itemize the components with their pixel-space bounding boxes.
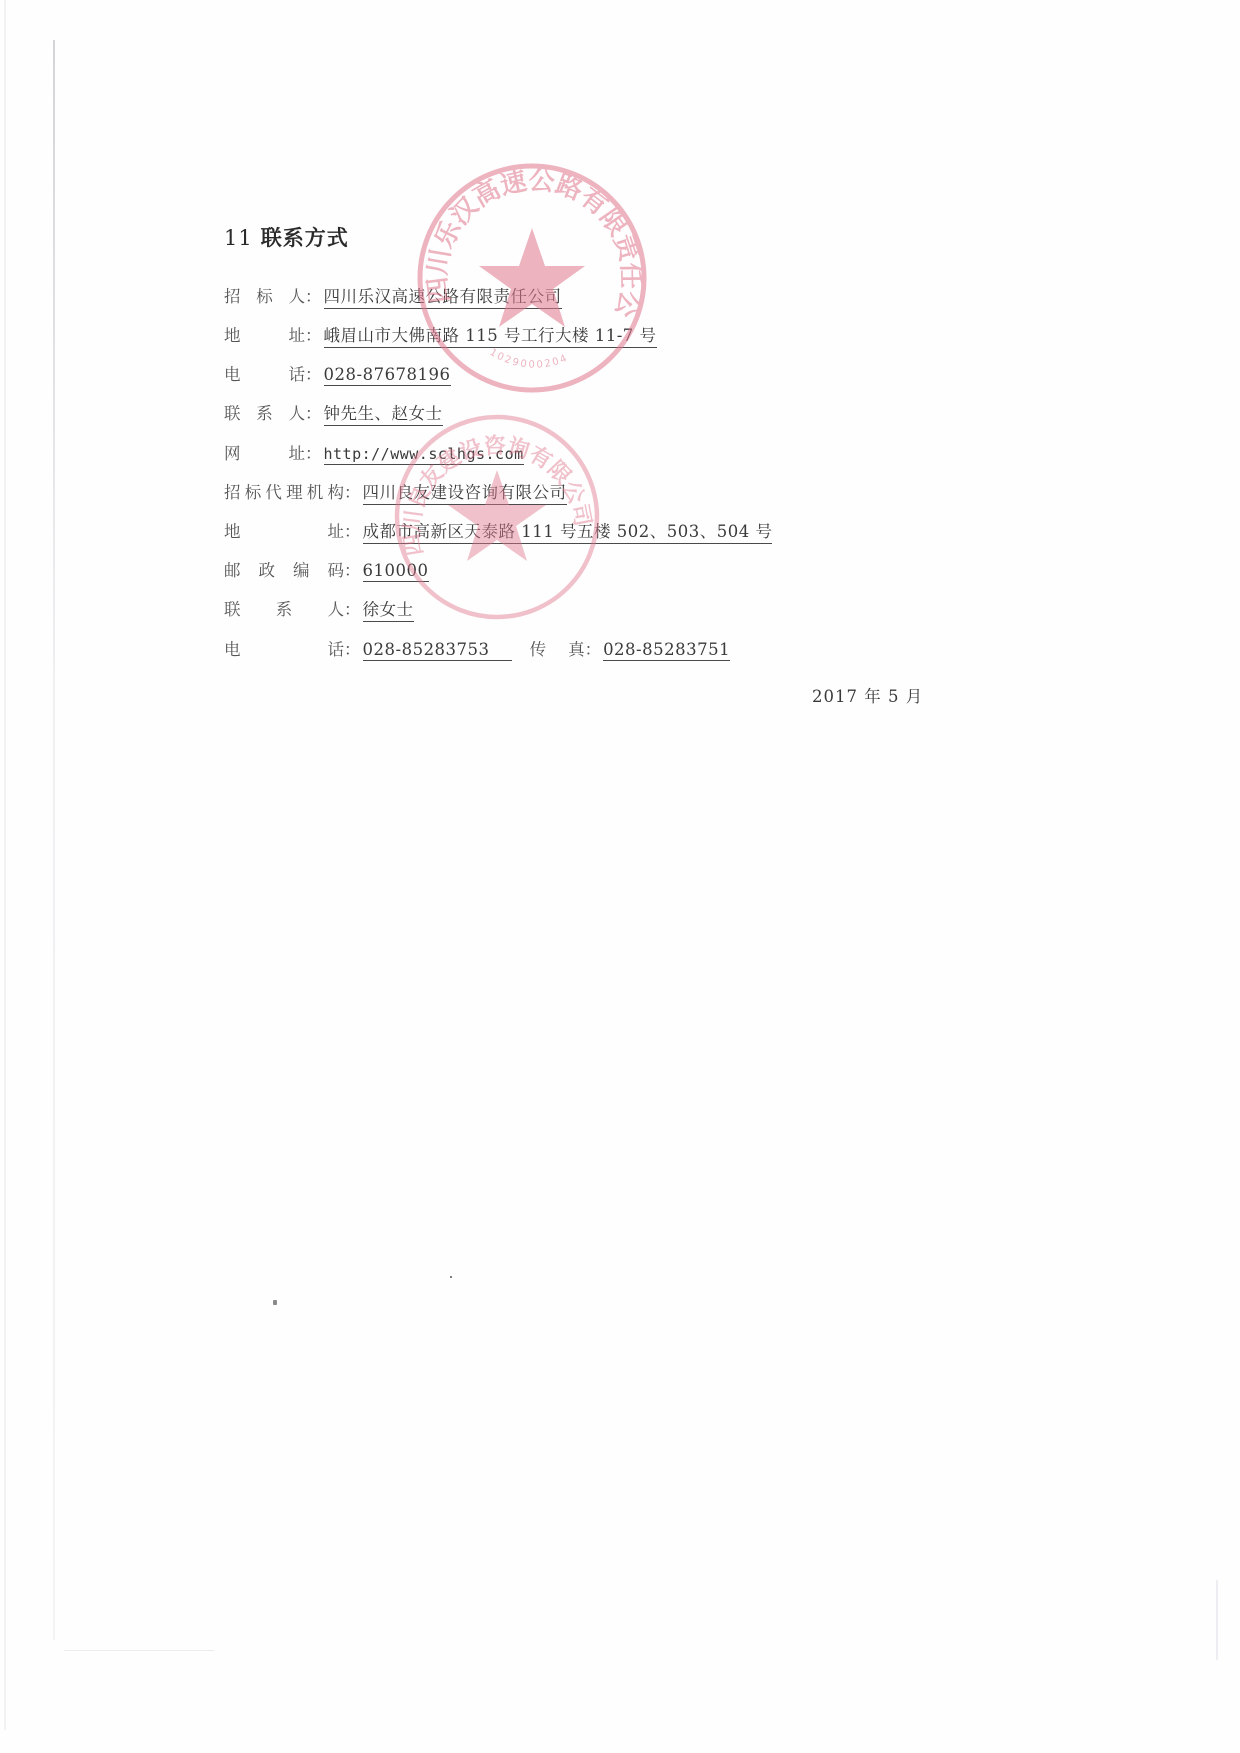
agency-postcode: 610000 xyxy=(363,561,429,582)
field-label: 招 标 代 理 机 构 xyxy=(224,479,344,503)
tenderer-name-row: 招 标 人 ： 四川乐汉高速公路有限责任公司 xyxy=(224,283,562,309)
scan-edge xyxy=(4,0,6,1730)
svg-text:1029000204: 1029000204 xyxy=(488,347,571,371)
tenderer-contact: 钟先生、赵女士 xyxy=(324,400,443,426)
scan-edge xyxy=(53,40,55,1640)
scan-speck xyxy=(273,1300,277,1305)
field-label: 联 系 人 xyxy=(224,400,305,424)
agency-postcode-row: 邮 政 编 码 ： 610000 xyxy=(224,557,429,583)
agency-name: 四川良友建设咨询有限公司 xyxy=(363,479,567,505)
field-label: 地 址 xyxy=(224,518,344,542)
tenderer-address-row: 地 址 ： 峨眉山市大佛南路 115 号工行大楼 11-7 号 xyxy=(224,322,657,348)
document-date: 2017 年 5 月 xyxy=(812,683,923,707)
agency-address-row: 地 址 ： 成都市高新区天泰路 111 号五楼 502、503、504 号 xyxy=(224,518,772,544)
tenderer-website-link[interactable]: http://www.sclhgs.com xyxy=(324,445,524,465)
tenderer-website-row: 网 址 ： http://www.sclhgs.com xyxy=(224,440,524,466)
agency-phone: 028-85283753 xyxy=(363,640,512,661)
tenderer-phone: 028-87678196 xyxy=(324,365,451,386)
document-page: 11联系方式 招 标 人 ： 四川乐汉高速公路有限责任公司 地 址 ： 峨眉山市… xyxy=(0,0,1240,1753)
field-label: 地 址 xyxy=(224,322,305,346)
section-heading: 11联系方式 xyxy=(224,222,349,252)
agency-fax: 028-85283751 xyxy=(603,640,730,661)
scan-speck xyxy=(450,1276,452,1278)
scan-edge xyxy=(1216,1580,1218,1660)
tenderer-contact-row: 联 系 人 ： 钟先生、赵女士 xyxy=(224,400,443,426)
field-label: 联 系 人 xyxy=(224,596,344,620)
tenderer-name: 四川乐汉高速公路有限责任公司 xyxy=(324,283,562,309)
field-label: 网 址 xyxy=(224,440,305,464)
seal-serial: 1029000204 xyxy=(488,347,571,371)
field-label: 招 标 人 xyxy=(224,283,305,307)
field-label: 邮 政 编 码 xyxy=(224,557,344,581)
agency-name-row: 招 标 代 理 机 构 ： 四川良友建设咨询有限公司 xyxy=(224,479,567,505)
section-number: 11 xyxy=(224,226,253,250)
tenderer-address: 峨眉山市大佛南路 115 号工行大楼 11-7 号 xyxy=(324,322,657,348)
field-label: 电 话 xyxy=(224,636,344,660)
fax-label: 传真 xyxy=(530,636,585,660)
tenderer-phone-row: 电 话 ： 028-87678196 xyxy=(224,361,451,387)
agency-contact: 徐女士 xyxy=(363,596,414,622)
agency-contact-row: 联 系 人 ： 徐女士 xyxy=(224,596,414,622)
section-title: 联系方式 xyxy=(261,226,349,250)
field-label: 电 话 xyxy=(224,361,305,385)
agency-phone-row: 电 话 ： 028-85283753 传真： 028-85283751 xyxy=(224,636,730,662)
agency-address: 成都市高新区天泰路 111 号五楼 502、503、504 号 xyxy=(363,518,773,544)
scan-edge xyxy=(64,1650,214,1651)
star-icon xyxy=(479,228,585,327)
